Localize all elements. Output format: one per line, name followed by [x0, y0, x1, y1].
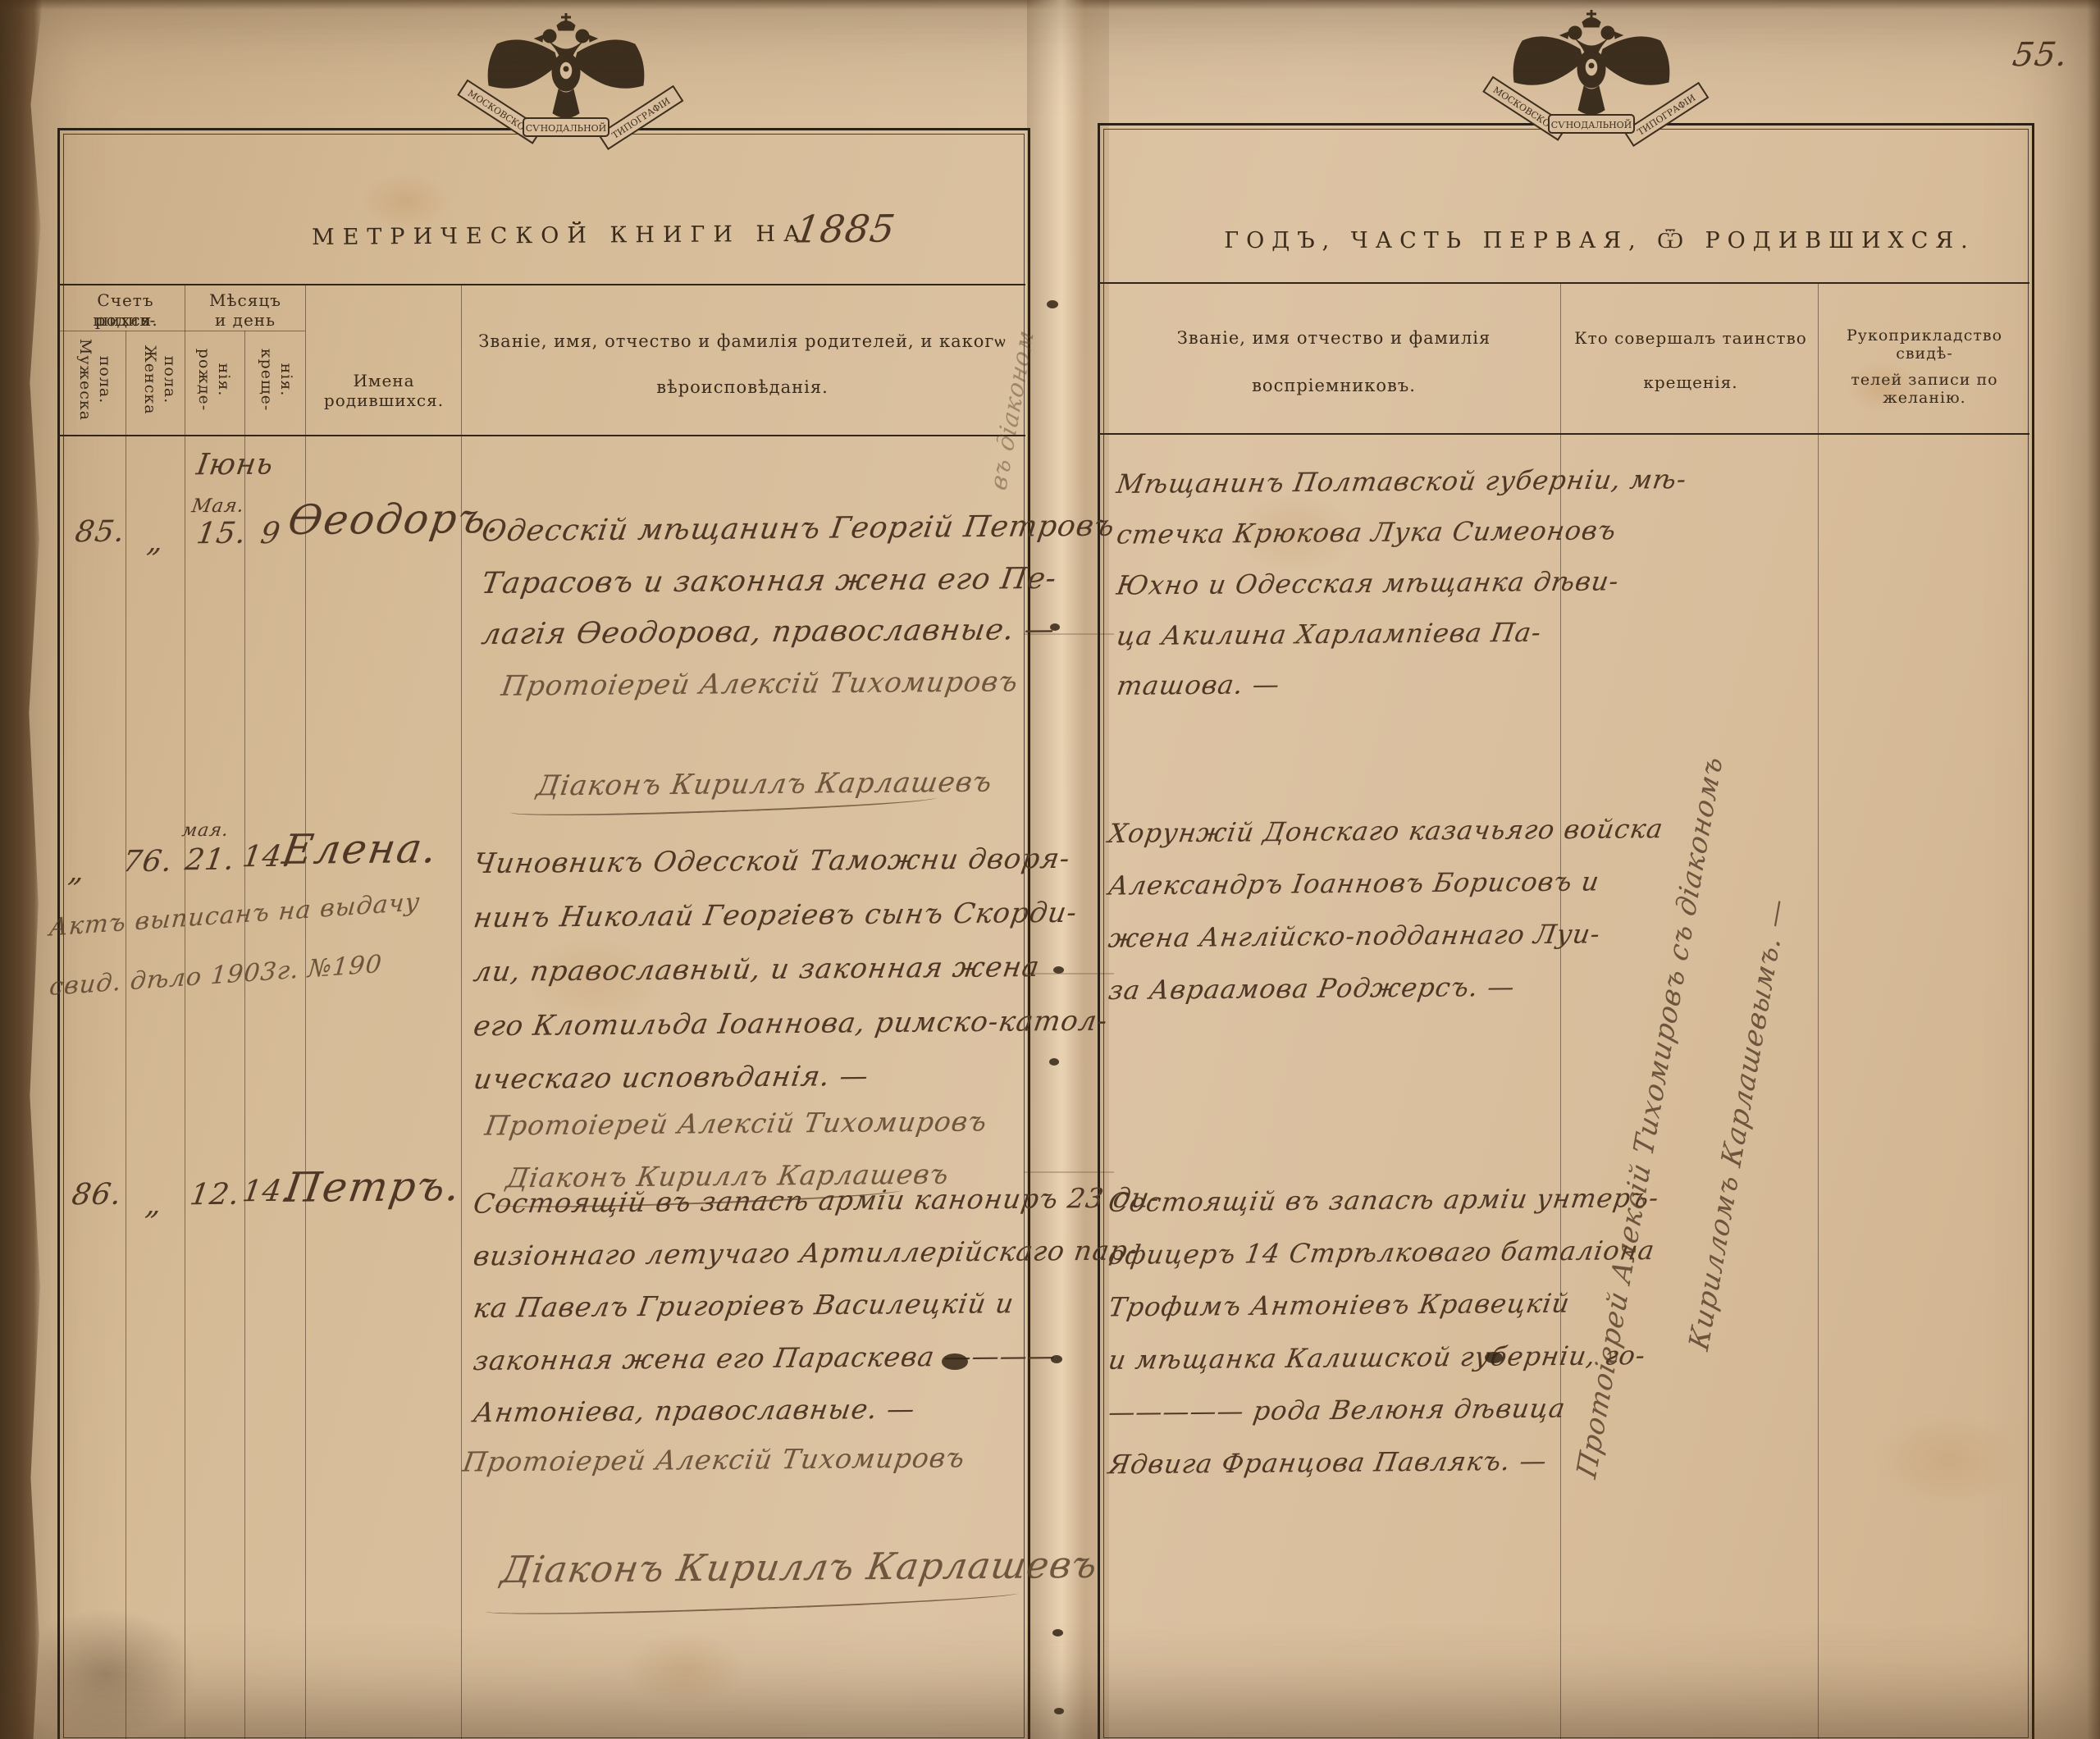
- entry3-godparents-line: Ядвига Францова Павлякъ. —: [1107, 1445, 1550, 1481]
- metric-book-scan: 55. МЕТРИЧЕСКОЙ КНИГИ НА 1885 ГОДЪ, ЧАСТ…: [0, 0, 2100, 1739]
- entry1-godparents-line: Мѣщанинъ Полтавской губерніи, мѣ-: [1115, 463, 1689, 500]
- left-page-title: МЕТРИЧЕСКОЙ КНИГИ НА: [312, 221, 771, 250]
- header-female-line1: Женска: [141, 329, 159, 431]
- header-godparents-line1: Званіе, имя отчество и фамилія: [1107, 328, 1560, 348]
- header-godparents-line2: воспріемниковъ.: [1107, 376, 1560, 395]
- entry3-birth-day: 12.: [188, 1178, 242, 1212]
- stitch-hole: [1052, 1629, 1063, 1636]
- header-priest-line2: крещенія.: [1564, 372, 1818, 392]
- header-parents-line1: Званіе, имя, отчество и фамилія родителе…: [469, 331, 1016, 352]
- left-header-top-rule: [57, 284, 1025, 285]
- stitch-hole: [1054, 1708, 1064, 1714]
- stitch-hole: [1051, 1355, 1062, 1363]
- entry3-parents-line: законная жена его Параскева ————: [472, 1340, 1058, 1376]
- header-priest-line1: Кто совершалъ таинство: [1564, 328, 1818, 348]
- header-baptism-line1: креще-: [258, 329, 276, 431]
- entry1-birth-month: Мая.: [190, 495, 246, 518]
- page-number: 55.: [2011, 36, 2071, 75]
- entry2-parents-line: ли, православный, и законная жена: [472, 951, 1043, 988]
- entry1-parents-line: Одесскій мѣщанинъ Георгій Петровъ: [479, 509, 1117, 549]
- entry1-godparents-line: Юхно и Одесская мѣщанка дѣви-: [1115, 565, 1622, 600]
- entry1-parents-line: Тарасовъ и законная жена его Пе-: [479, 562, 1059, 600]
- header-parents-line2: вѣроисповѣданія.: [469, 377, 1016, 397]
- torn-paper-edge: [0, 0, 43, 1739]
- entry3-godparents-line: и мѣщанка Калишской губерніи, го-: [1107, 1340, 1648, 1376]
- stitch-hole: [1049, 1058, 1059, 1066]
- entry3-godparents-line: Состоящій въ запасѣ арміи унтеръ-: [1107, 1182, 1661, 1218]
- entry1-birth-day: 15.: [194, 517, 249, 551]
- entry2-parents-line: ическаго исповѣданія. —: [472, 1060, 871, 1096]
- entry2-godparents-line: Хорунжій Донскаго казачьяго войска: [1107, 813, 1666, 849]
- right-page-title: ГОДЪ, ЧАСТЬ ПЕРВАЯ, Ѿ РОДИВШИХСЯ.: [1198, 228, 2002, 253]
- left-header-bottom-rule: [57, 435, 1025, 436]
- entry2-parents-line: Чиновникъ Одесской Таможни дворя-: [472, 842, 1073, 880]
- entry3-godparents-line: Трофимъ Антоніевъ Кравецкій: [1107, 1288, 1573, 1323]
- header-birth-line2: нія.: [215, 329, 233, 431]
- entry3-deacon-signature: Діаконъ Кириллъ Карлашевъ: [499, 1543, 1101, 1591]
- entry3-male-number: 86.: [70, 1178, 124, 1212]
- header-month-group-line1: Мѣсяцъ: [187, 290, 304, 310]
- entry3-child-name: Петръ.: [282, 1162, 465, 1212]
- header-male-line1: Мужеска: [76, 329, 94, 431]
- entry2-birth-day: 21.: [183, 843, 237, 878]
- entry1-godparents-line: ца Акилина Харлампіева Па-: [1115, 617, 1544, 652]
- header-witness-line1: Рукоприкладство свидѣ-: [1823, 326, 2026, 363]
- paper-hole: [1485, 1352, 1503, 1363]
- header-names: Имена родившихся.: [307, 371, 461, 410]
- entry3-priest-signature: Протоіерей Алексій Тихомировъ: [461, 1441, 968, 1477]
- entry1-child-name: Ѳеодоръ.: [285, 495, 505, 544]
- column-divider-godparents-priest: [1560, 282, 1561, 1739]
- stitch-hole: [1047, 300, 1058, 308]
- left-page-title-year: 1885: [792, 206, 898, 251]
- entry3-parents-line: Состоящій въ запасѣ арміи канониръ 23 ди…: [472, 1181, 1162, 1219]
- entry1-male-number: 85.: [73, 515, 127, 550]
- entry1-parents-line: лагія Ѳеодорова, православные. —: [479, 613, 1057, 651]
- column-divider-priest-witness: [1818, 282, 1819, 1739]
- right-page-eagle-stamp: [1468, 8, 1714, 148]
- entry2-godparents-line: Александръ Іоанновъ Борисовъ и: [1107, 865, 1602, 901]
- right-header-bottom-rule: [1098, 433, 2029, 435]
- page-edge-shadow-right: [2087, 0, 2100, 1739]
- entry1-godparents-line: стечка Крюкова Лука Симеоновъ: [1115, 514, 1618, 550]
- column-divider-male-female: [126, 331, 126, 1739]
- entry2-godparents-line: жена Англійско-подданнаго Луи-: [1107, 918, 1603, 953]
- header-month-group-line2: и день: [187, 310, 304, 330]
- stitch-hole: [1050, 623, 1060, 631]
- header-male-line2: пола.: [96, 329, 114, 431]
- paper-hole: [942, 1353, 968, 1370]
- entry2-parents-line: нинъ Николай Георгіевъ сынъ Скорди-: [472, 897, 1080, 934]
- entry3-parents-line: визіоннаго летучаго Артиллерійскаго пар-: [472, 1234, 1140, 1271]
- entry2-priest-signature: Протоіерей Алексій Тихомировъ: [483, 1105, 990, 1141]
- header-female-line2: пола.: [161, 329, 179, 431]
- entry3-parents-line: Антоніева, православные. —: [472, 1393, 918, 1429]
- entry3-parents-line: ка Павелъ Григоріевъ Василецкій и: [472, 1287, 1016, 1324]
- header-count-group-line2: шихся.: [66, 310, 185, 330]
- right-header-top-rule: [1098, 282, 2029, 284]
- entry-month-june: Іюнь: [194, 448, 276, 482]
- header-baptism-line2: нія.: [277, 329, 295, 431]
- header-birth-line1: рожде-: [195, 329, 213, 431]
- entry3-godparents-line: ————— рода Велюня дѣвица: [1107, 1393, 1568, 1428]
- entry2-child-name: Елена.: [280, 824, 441, 874]
- entry2-parents-line: его Клотильда Іоаннова, римско-катол-: [471, 1005, 1110, 1043]
- entry2-birth-month: мая.: [180, 820, 231, 841]
- entry1-priest-signature: Протоіерей Алексій Тихомировъ: [500, 665, 1020, 702]
- left-page-eagle-stamp: [443, 11, 689, 151]
- entry2-female-number: 76.: [121, 845, 175, 879]
- stitch-hole: [1053, 966, 1064, 974]
- entry2-godparents-line: за Авраамова Роджерсъ. —: [1107, 971, 1518, 1006]
- page-edge-shadow-top: [0, 0, 2100, 10]
- entry3-godparents-line: офицеръ 14 Стрѣлковаго баталіона: [1107, 1235, 1657, 1271]
- header-witness-line2: телей записи по желанію.: [1823, 371, 2026, 407]
- entry1-godparents-line: ташова. —: [1115, 669, 1282, 701]
- column-divider-count-month: [185, 284, 185, 1739]
